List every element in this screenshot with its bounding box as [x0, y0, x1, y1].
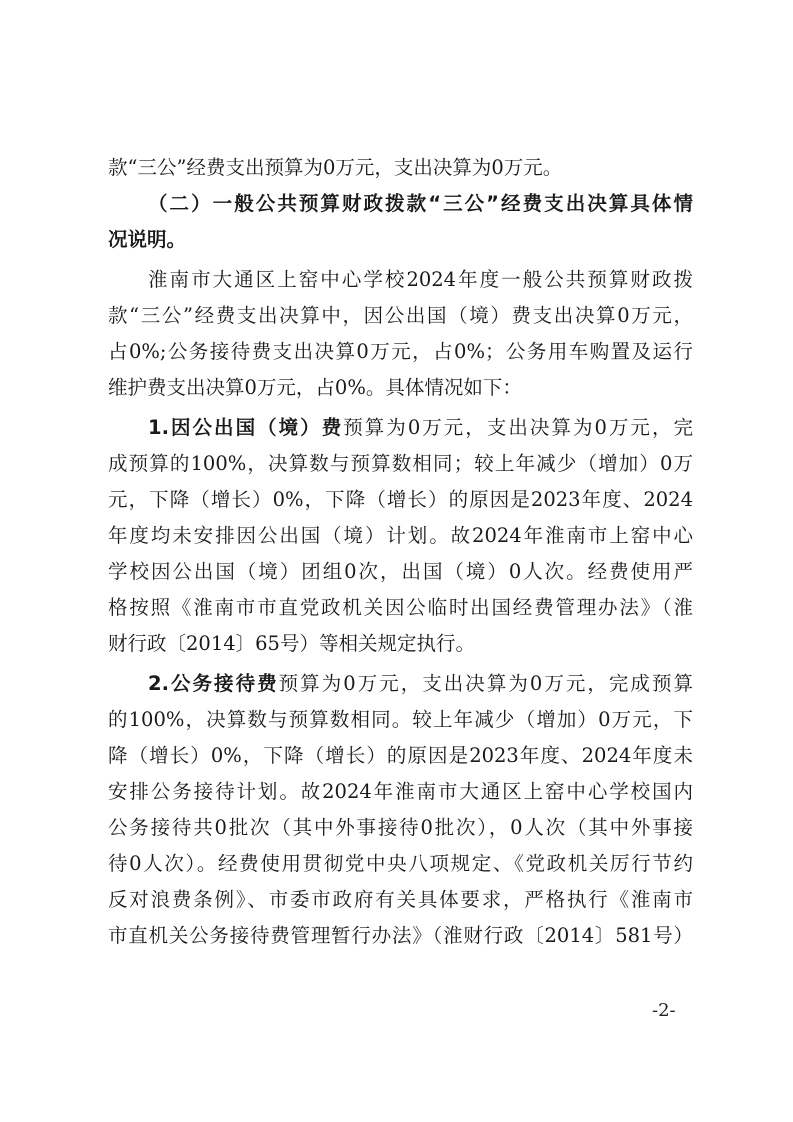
section-heading-line: 况说明。: [108, 222, 693, 258]
paragraph-line: 年度均未安排因公出国（境）计划。故2024年淮南市上窑中心: [108, 518, 693, 554]
page-number: -2-: [652, 1000, 676, 1021]
paragraph-line: 的100%，决算数与预算数相同。较上年减少（增加）0万元，下: [108, 702, 693, 738]
paragraph-line: 款“三公”经费支出决算中，因公出国（境）费支出决算0万元，: [108, 298, 693, 334]
paragraph-line: 安排公务接待计划。故2024年淮南市大通区上窑中心学校国内: [108, 774, 693, 810]
paragraph-line: 公务接待共0批次（其中外事接待0批次），0人次（其中外事接: [108, 810, 693, 846]
paragraph-line: 市直机关公务接待费管理暂行办法》（淮财行政〔2014〕581号）: [108, 918, 693, 954]
paragraph-line: 成预算的100%，决算数与预算数相同；较上年减少（增加）0万: [108, 446, 693, 482]
paragraph-line: 元，下降（增长）0%，下降（增长）的原因是2023年度、2024: [108, 482, 693, 518]
paragraph-line: 财行政〔2014〕65号）等相关规定执行。: [108, 626, 693, 662]
paragraph-line: 待0人次）。经费使用贯彻党中央八项规定、《党政机关厉行节约: [108, 846, 693, 882]
item-2-first-line: 2.公务接待费预算为0万元，支出决算为0万元，完成预算: [148, 666, 693, 702]
item-1-text: 预算为0万元，支出决算为0万元，完: [343, 416, 693, 439]
item-2-title: 2.公务接待费: [148, 672, 279, 695]
item-1-title: 1.因公出国（境）费: [148, 416, 343, 439]
paragraph-line: 反对浪费条例》、市委市政府有关具体要求，严格执行《淮南市: [108, 882, 693, 918]
paragraph-line: 占0%;公务接待费支出决算0万元，占0%；公务用车购置及运行: [108, 334, 693, 370]
item-1-first-line: 1.因公出国（境）费预算为0万元，支出决算为0万元，完: [148, 410, 693, 446]
section-heading-line: （二）一般公共预算财政拨款“三公”经费支出决算具体情: [148, 186, 693, 222]
paragraph-line: 款“三公”经费支出预算为0万元，支出决算为0万元。: [108, 150, 693, 186]
paragraph-line: 学校因公出国（境）团组0次，出国（境）0人次。经费使用严: [108, 554, 693, 590]
item-2-text: 预算为0万元，支出决算为0万元，完成预算: [279, 672, 693, 695]
paragraph-line: 降（增长）0%，下降（增长）的原因是2023年度、2024年度未: [108, 738, 693, 774]
paragraph-line: 维护费支出决算0万元，占0%。具体情况如下：: [108, 370, 693, 406]
document-page: 款“三公”经费支出预算为0万元，支出决算为0万元。 （二）一般公共预算财政拨款“…: [0, 0, 793, 1122]
paragraph-line: 格按照《淮南市市直党政机关因公临时出国经费管理办法》（淮: [108, 590, 693, 626]
paragraph-line: 淮南市大通区上窑中心学校2024年度一般公共预算财政拨: [148, 262, 693, 298]
